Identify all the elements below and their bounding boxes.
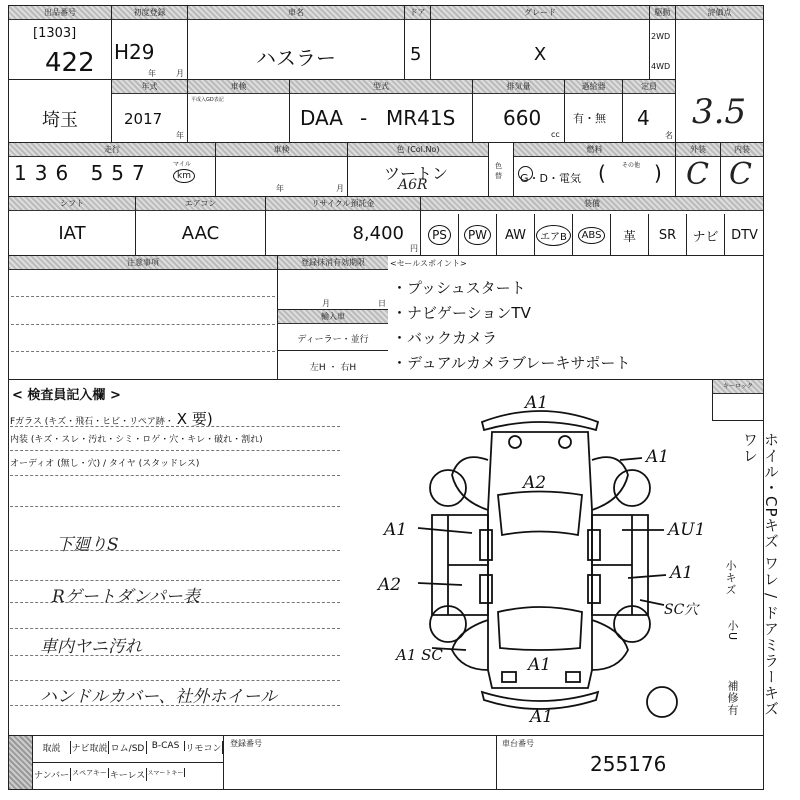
- lot-label: 出品番号: [9, 6, 111, 20]
- interior-grade: C: [729, 157, 752, 192]
- color-change-label: 色替: [495, 161, 505, 181]
- sales-points-label: <セールスポイント>: [390, 258, 467, 269]
- side-note-small-dent: 小U: [724, 620, 740, 641]
- seats-cell: 定員 4 名: [622, 79, 676, 143]
- sales-point-item: ・プッシュスタート: [392, 276, 630, 301]
- recycle-cell: リサイクル預託金 8,400 円: [265, 196, 421, 256]
- mileage-cell: 走行 136 557 マイル km: [8, 142, 216, 197]
- equip-aw: AW: [497, 214, 535, 256]
- drive-2wd: 2WD: [651, 32, 670, 41]
- color-change-cell: 色替: [488, 142, 514, 197]
- inspection-note: 平成入GD表記: [191, 96, 224, 103]
- reg-day: 日: [378, 298, 386, 309]
- model-dash: -: [360, 106, 367, 130]
- model-year-label: 年式: [112, 80, 187, 94]
- car-name-label: 車名: [188, 6, 404, 20]
- color-label: 色 (Col.No): [348, 143, 488, 157]
- first-reg-label: 初度登録: [112, 6, 187, 20]
- model-label: 型式: [290, 80, 472, 94]
- exterior-label: 外装: [676, 143, 720, 157]
- sales-point-item: ・バックカメラ: [392, 326, 630, 351]
- shaken-cell: 車検 年 月: [215, 142, 348, 197]
- model-code: MR41S: [386, 106, 455, 130]
- mark-front-right-fender: A1: [644, 447, 669, 467]
- handwritten-note: 車内ヤニ汚れ: [40, 632, 142, 657]
- yen-unit: 円: [410, 243, 418, 254]
- mark-right-sill: SC穴: [664, 602, 700, 618]
- first-reg-cell: 初度登録 H29 年 月: [111, 5, 188, 80]
- turbo-cell: 過給器 有・無: [564, 79, 623, 143]
- inspection-label: 車検: [188, 80, 289, 94]
- shaken-year: 年: [276, 183, 284, 194]
- model-prefix: DAA: [300, 106, 343, 130]
- car-name: ハスラー: [188, 42, 404, 71]
- mileage-digit: 3: [35, 161, 56, 185]
- mark-trunk: A1: [526, 655, 551, 675]
- recycle-label: リサイクル預託金: [266, 197, 420, 211]
- interior-label: 内装: [721, 143, 763, 157]
- score-cell: 評価点 3.5: [675, 5, 764, 143]
- equip-leather: 革: [611, 214, 649, 256]
- fuel-other: その他: [622, 160, 640, 169]
- sales-point-item: ・デュアルカメラブレーキサポート: [392, 351, 630, 376]
- grade: X: [431, 44, 649, 65]
- equip-airbag: エアB: [535, 214, 573, 256]
- equip-navi: ナビ: [687, 214, 725, 256]
- equip-dtv: DTV: [725, 214, 764, 256]
- model-cell: 型式 DAA - MR41S: [289, 79, 473, 143]
- mileage-digit: 5: [91, 161, 112, 185]
- shaken-month: 月: [336, 183, 344, 194]
- cc-unit: cc: [551, 130, 560, 139]
- registration-cell: 登録抹消有効期限 月 日 輸入車 ディーラー・並行 左H ・ 右H: [277, 255, 389, 380]
- doors-cell: ドア 5: [404, 5, 431, 80]
- year-unit: 年: [176, 130, 184, 141]
- equip-pw: PW: [459, 214, 497, 256]
- region-cell: 埼玉: [8, 79, 112, 143]
- mileage-digit: 1: [14, 161, 35, 185]
- handle-options: 左H ・ 右H: [278, 360, 388, 373]
- accessory-item: スペアキー: [71, 768, 109, 778]
- sales-points-list: ・プッシュスタート ・ナビゲーションTV ・バックカメラ ・デュアルカメラブレー…: [392, 276, 630, 376]
- mark-left-rear-door: A2: [376, 575, 401, 595]
- notes-label: 注意事項: [9, 256, 277, 270]
- region: 埼玉: [9, 106, 111, 132]
- grade-label: グレード: [431, 6, 649, 20]
- fuel-cell: 燃料 G・D・電気 ( その他 ): [513, 142, 676, 197]
- chassis-number: 255176: [590, 752, 666, 776]
- shaken-label: 車検: [216, 143, 347, 157]
- drive-4wd: 4WD: [651, 62, 670, 71]
- doors-label: ドア: [405, 6, 430, 20]
- audio-line: オーディオ (無し・穴) / タイヤ (スタッドレス): [10, 456, 199, 469]
- turbo-label: 過給器: [565, 80, 622, 94]
- accessory-item: リモコン: [185, 741, 223, 754]
- seats: 4: [637, 106, 650, 130]
- mileage-label: 走行: [9, 143, 215, 157]
- score: 3.5: [692, 92, 746, 132]
- notes-cell: 注意事項: [8, 255, 278, 380]
- mark-left-front-door: A1: [382, 520, 407, 540]
- exterior-cell: 外装 C: [675, 142, 721, 197]
- displacement-cell: 排気量 660 cc: [472, 79, 565, 143]
- mark-right-front-door: AU1: [666, 520, 705, 540]
- key-lock-label: キーロック: [713, 380, 763, 394]
- chassis-label: 車台番号: [502, 738, 534, 749]
- seats-label: 定員: [623, 80, 675, 94]
- turbo-options: 有・無: [573, 110, 606, 126]
- mile-unit: マイル: [173, 159, 191, 168]
- accessory-item: 取説: [33, 741, 71, 754]
- interior-cell: 内装 C: [720, 142, 764, 197]
- displacement: 660: [503, 106, 541, 130]
- year-unit: 年: [148, 68, 156, 79]
- handwritten-note: Rゲートダンパー表: [52, 582, 200, 607]
- mileage: 136 557: [14, 161, 153, 185]
- mileage-digit: 7: [132, 161, 153, 185]
- sales-point-item: ・ナビゲーションTV: [392, 301, 630, 326]
- month-unit: 月: [176, 68, 184, 79]
- mark-front-bumper: A1: [523, 393, 548, 413]
- exterior-grade: C: [686, 157, 709, 192]
- fuel-selected-circle: [518, 166, 533, 181]
- km-unit: km: [173, 169, 195, 183]
- import-options: ディーラー・並行: [278, 332, 388, 345]
- accessory-item: ナンバー: [33, 768, 71, 781]
- seats-unit: 名: [665, 130, 673, 141]
- handwritten-note: ハンドルカバー、社外ホイール: [40, 682, 277, 707]
- lot-cell: 出品番号 [1303] 422: [8, 5, 112, 80]
- mark-left-rear-fender: A1 SC: [394, 646, 443, 664]
- interior-line: 内装 (キズ・スレ・汚れ・シミ・ロゲ・穴・キレ・破れ・割れ): [10, 432, 263, 445]
- shift-label: シフト: [9, 197, 135, 211]
- handwritten-note: 下廻りS: [56, 530, 119, 555]
- accessory-item: キーレス: [109, 768, 147, 781]
- accessory-item: ナビ取説: [71, 741, 109, 754]
- side-note-repair: 補修有: [724, 680, 740, 716]
- mark-right-rear-door: A1: [668, 563, 693, 583]
- accessory-item: B-CAS: [147, 741, 185, 751]
- displacement-label: 排気量: [473, 80, 564, 94]
- equip-sr: SR: [649, 214, 687, 256]
- accessories-label: [9, 736, 33, 789]
- color-cell: 色 (Col.No) ツートン A6R: [347, 142, 489, 197]
- lot-number: 422: [45, 48, 95, 78]
- mark-rear-bumper: A1: [528, 707, 553, 727]
- ac-cell: エアコン AAC: [135, 196, 266, 256]
- reg-month: 月: [322, 298, 330, 309]
- accessory-item: ロム/SD: [109, 741, 147, 754]
- ac-label: エアコン: [136, 197, 265, 211]
- shift: IAT: [9, 223, 135, 244]
- first-reg: H29: [114, 40, 155, 64]
- mark-hood: A2: [521, 473, 546, 493]
- car-name-cell: 車名 ハスラー: [187, 5, 405, 80]
- drive-cell: 駆動 2WD 4WD: [649, 5, 676, 80]
- side-note-main: ホイル・CPキズ ワレ / ドアミラーキズ ワレ: [740, 432, 782, 732]
- recycle-fee: 8,400: [352, 223, 404, 244]
- fuel-label: 燃料: [514, 143, 675, 157]
- model-year: 2017: [124, 110, 162, 128]
- key-lock-cell: キーロック: [712, 379, 764, 421]
- accessory-item: スマートキー: [147, 768, 185, 777]
- registration-label: 登録抹消有効期限: [278, 256, 388, 270]
- sales-points-cell: <セールスポイント> ・プッシュスタート ・ナビゲーションTV ・バックカメラ …: [388, 255, 764, 380]
- inspection-cell: 車検 平成入GD表記: [187, 79, 290, 143]
- ac: AAC: [136, 223, 265, 244]
- equip-abs: ABS: [573, 214, 611, 256]
- inspector-title: < 検査員記入欄 >: [12, 384, 121, 403]
- car-damage-diagram: A1 A1 A2 A1 AU1 A2 A1 SC穴 A1 SC A1 A1: [370, 380, 710, 730]
- grade-cell: グレード X: [430, 5, 650, 80]
- shift-cell: シフト IAT: [8, 196, 136, 256]
- color-code: A6R: [398, 177, 428, 193]
- reg-number-label: 登録番号: [230, 738, 262, 749]
- lot-sub: [1303]: [33, 26, 76, 41]
- mileage-digit: 5: [111, 161, 132, 185]
- drive-label: 駆動: [650, 6, 675, 20]
- equip-ps: PS: [421, 214, 459, 256]
- import-label: 輸入車: [278, 310, 388, 324]
- side-note-small-scratch: 小キズ: [722, 560, 738, 596]
- score-label: 評価点: [676, 6, 763, 20]
- equipment-label: 装備: [421, 197, 763, 211]
- model-year-cell: 年式 2017 年: [111, 79, 188, 143]
- doors: 5: [410, 44, 421, 65]
- mileage-digit: 6: [55, 161, 76, 185]
